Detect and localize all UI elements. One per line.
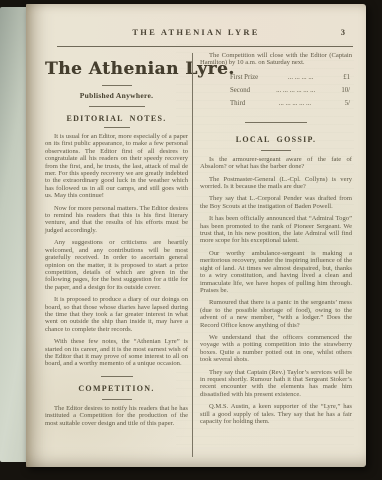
- paragraph: Is the armourer-sergeant aware of the fa…: [200, 156, 352, 171]
- heading-rule: [102, 399, 132, 400]
- prize-label: First Prize: [230, 74, 258, 81]
- paragraph: The Editor desires to notify his readers…: [45, 405, 188, 427]
- paragraph: It is usual for an Editor, more especial…: [45, 133, 188, 200]
- left-column: The Athenian Lyre. Published Anywhere. E…: [45, 52, 188, 457]
- header-rule: [57, 46, 353, 47]
- paragraph: Now for more personal matters. The Edito…: [45, 205, 188, 235]
- running-head-title: THE ATHENIAN LYRE: [26, 27, 366, 37]
- paragraph: We understand that the officers commence…: [200, 334, 352, 364]
- heading-rule: [104, 127, 130, 128]
- paragraph: They say that Captain (Rev.) Taylor’s se…: [200, 369, 352, 399]
- tagline-rule: [89, 106, 145, 107]
- prize-row: Second ... ... ... ... ... ... 10/: [230, 87, 350, 94]
- magazine-page: THE ATHENIAN LYRE 3 The Athenian Lyre. P…: [26, 4, 366, 467]
- paragraph: Any suggestions or criticisms are hearti…: [45, 239, 188, 291]
- prize-row: Third ... ... ... ... ... 5/: [230, 100, 350, 107]
- section-end-rule: [101, 376, 133, 377]
- prize-dot-leader: ... ... ... ...: [258, 74, 343, 81]
- prize-dot-leader: ... ... ... ... ... ...: [250, 87, 341, 94]
- paragraph: It has been officially announced that “A…: [200, 215, 352, 245]
- section-heading-competition: COMPETITION.: [45, 384, 188, 393]
- prize-value: 10/: [341, 87, 350, 94]
- heading-rule: [261, 150, 291, 151]
- running-head: THE ATHENIAN LYRE 3: [26, 4, 366, 42]
- prize-value: 5/: [345, 100, 350, 107]
- paragraph: Rumoured that there is a panic in the se…: [200, 299, 352, 329]
- right-column: The Competition will close with the Edit…: [200, 52, 352, 457]
- masthead-rule: [102, 85, 132, 86]
- paragraph: The Postmaster-General (L.-Cpl. Collyns)…: [200, 176, 352, 191]
- section-heading-local-gossip: LOCAL GOSSIP.: [200, 135, 352, 144]
- competition-closing-notice: The Competition will close with the Edit…: [200, 52, 352, 67]
- columns: The Athenian Lyre. Published Anywhere. E…: [26, 52, 366, 457]
- prize-row: First Prize ... ... ... ... £1: [230, 74, 350, 81]
- prize-value: £1: [343, 74, 350, 81]
- prize-dot-leader: ... ... ... ... ...: [245, 100, 345, 107]
- adjacent-page-edge: [0, 7, 27, 462]
- paragraph: It is proposed to produce a diary of our…: [45, 296, 188, 333]
- paragraph: With these few notes, the “Athenian Lyre…: [45, 338, 188, 368]
- page-number: 3: [341, 27, 345, 37]
- prize-list: First Prize ... ... ... ... £1 Second ..…: [230, 74, 350, 107]
- paragraph: They say that L.-Corporal Pender was dra…: [200, 195, 352, 210]
- paragraph: Our worthy ambulance-sergeant is making …: [200, 250, 352, 294]
- scanned-document: THE ATHENIAN LYRE 3 The Athenian Lyre. P…: [0, 0, 382, 480]
- prize-label: Second: [230, 87, 250, 94]
- tagline: Published Anywhere.: [45, 91, 188, 100]
- prize-label: Third: [230, 100, 245, 107]
- section-end-rule: [245, 122, 307, 123]
- section-heading-editorial-notes: EDITORIAL NOTES.: [45, 114, 188, 123]
- masthead-title: The Athenian Lyre.: [45, 59, 188, 79]
- column-divider-rule: [192, 53, 193, 457]
- paragraph: Q.M.S. Austin, a keen supporter of the “…: [200, 403, 352, 425]
